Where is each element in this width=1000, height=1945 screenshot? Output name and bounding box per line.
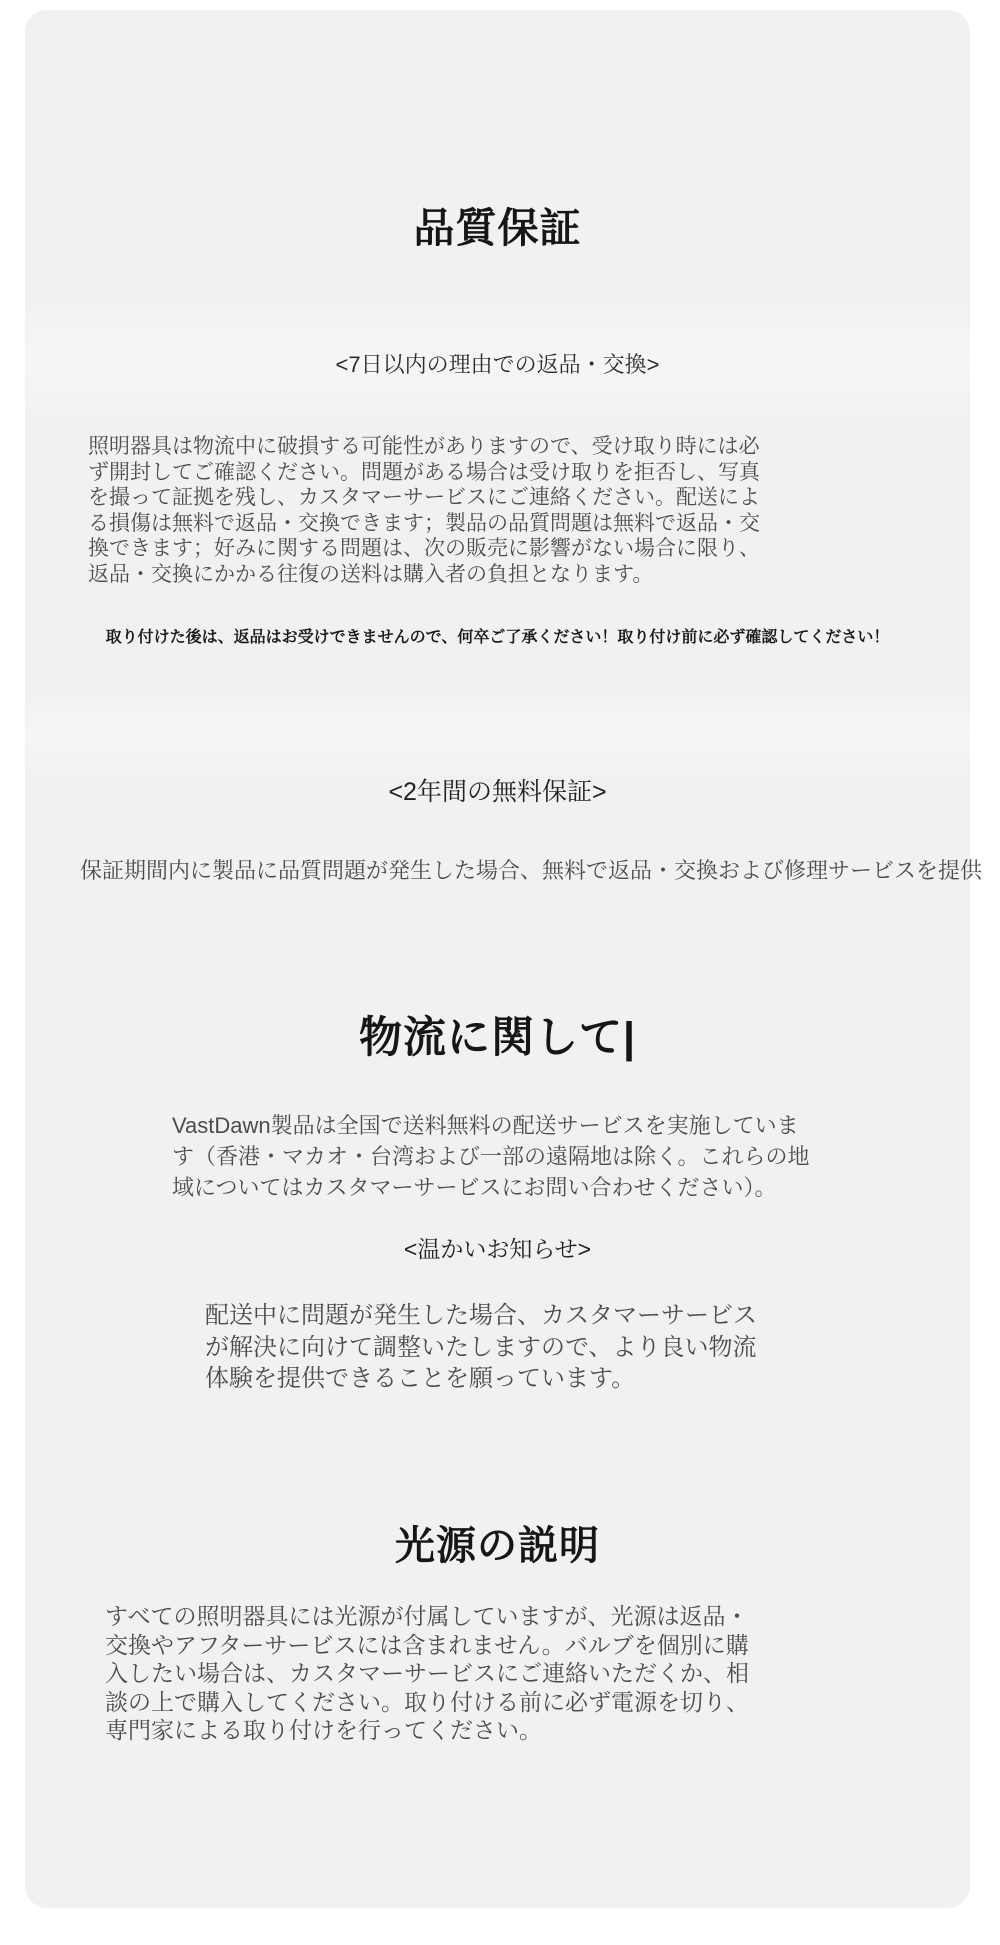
delivery-issue-paragraph: 配送中に問題が発生した場合、カスタマーサービス が解決に向けて調整いたしますので… — [205, 1300, 825, 1395]
warm-notice-subtitle: <温かいお知らせ> — [25, 1236, 970, 1263]
free-shipping-paragraph: VastDawn製品は全国で送料無料の配送サービスを実施していま す（香港・マカ… — [172, 1110, 852, 1203]
return-exchange-subtitle: <7日以内の理由での返品・交換> — [25, 352, 970, 378]
return-policy-paragraph: 照明器具は物流中に破損する可能性がありますので、受け取り時には必 ず開封してご確… — [88, 434, 848, 587]
installation-warning-note: 取り付けた後は、返品はお受けできませんので、何卒ご了承ください！取り付け前に必ず… — [25, 628, 970, 648]
light-source-heading: 光源の説明 — [25, 1522, 970, 1570]
warranty-service-line: 保証期間内に製品に品質問題が発生した場合、無料で返品・交換および修理サービスを提… — [80, 857, 1000, 884]
light-source-paragraph: すべての照明器具には光源が付属していますが、光源は返品・ 交換やアフターサービス… — [105, 1602, 845, 1745]
logistics-heading: 物流に関して| — [25, 1012, 970, 1064]
quality-guarantee-heading: 品質保証 — [25, 204, 970, 252]
product-description-page: 品質保証 <7日以内の理由での返品・交換> 照明器具は物流中に破損する可能性があ… — [0, 0, 1000, 1945]
free-warranty-subtitle: <2年間の無料保証> — [25, 778, 970, 807]
